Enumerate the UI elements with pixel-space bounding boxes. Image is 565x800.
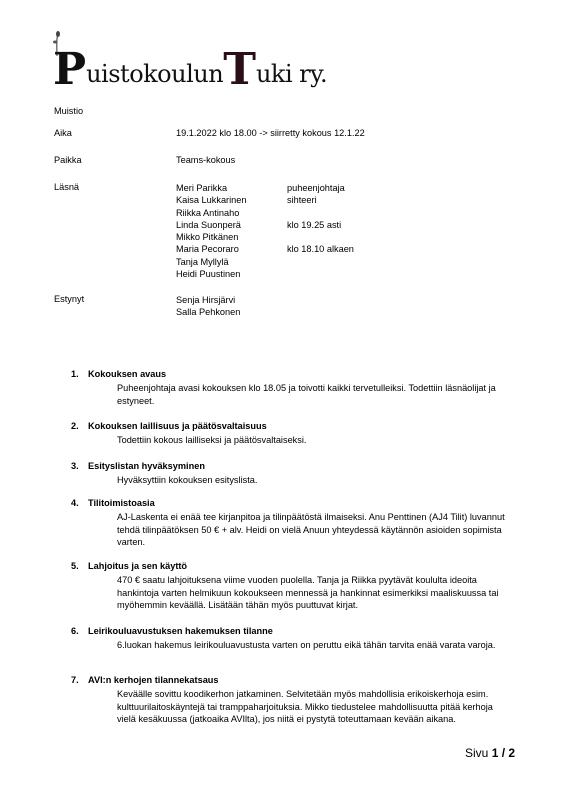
page-separator: / — [502, 746, 505, 760]
absent-label: Estynyt — [54, 294, 84, 304]
agenda-item-body: 470 € saatu lahjoituksena viime vuoden p… — [117, 574, 511, 612]
attendee-name: Heidi Puustinen — [176, 268, 246, 280]
page-number: Sivu 1 / 2 — [465, 746, 515, 760]
attendee-name: Meri Parikka — [176, 182, 246, 194]
attendee-role — [287, 256, 354, 268]
agenda-item-number: 4. — [71, 498, 79, 508]
agenda-item-body: Todettiin kokous lailliseksi ja päätösva… — [117, 434, 511, 447]
agenda-item-number: 6. — [71, 626, 79, 636]
attendee-name: Riikka Antinaho — [176, 207, 246, 219]
present-label: Läsnä — [54, 182, 79, 192]
agenda-item-number: 1. — [71, 369, 79, 379]
agenda-item-title: Kokouksen laillisuus ja päätösvaltaisuus — [88, 421, 267, 431]
agenda-item-title: Lahjoitus ja sen käyttö — [88, 561, 187, 571]
attendee-name: Maria Pecoraro — [176, 243, 246, 255]
attendee-role: puheenjohtaja — [287, 182, 354, 194]
agenda-item-number: 7. — [71, 675, 79, 685]
attendee-roles: puheenjohtajasihteeri klo 19.25 asti klo… — [287, 182, 354, 280]
logo-initial-p: P — [53, 48, 86, 92]
agenda-item-number: 2. — [71, 421, 79, 431]
logo-text-1: uistokoulun — [86, 60, 223, 88]
time-value: 19.1.2022 klo 18.00 -> siirretty kokous … — [176, 128, 365, 138]
logo-initial-t: T — [223, 48, 256, 92]
agenda-item-title: AVI:n kerhojen tilannekatsaus — [88, 675, 219, 685]
agenda-item-body: AJ-Laskenta ei enää tee kirjanpitoa ja t… — [117, 511, 511, 549]
absentee-name: Salla Pehkonen — [176, 306, 240, 318]
agenda-item-title: Tilitoimistoasia — [88, 498, 155, 508]
attendee-role: klo 19.25 asti — [287, 219, 354, 231]
page-current: 1 — [492, 746, 499, 760]
agenda-item-number: 3. — [71, 461, 79, 471]
place-label: Paikka — [54, 155, 82, 165]
attendee-role — [287, 268, 354, 280]
page-total: 2 — [508, 746, 515, 760]
document-type: Muistio — [54, 106, 83, 116]
agenda-item-title: Esityslistan hyväksyminen — [88, 461, 205, 471]
attendee-name: Linda Suonperä — [176, 219, 246, 231]
logo-text-2: uki — [256, 60, 292, 88]
time-label: Aika — [54, 128, 72, 138]
agenda-item-body: Hyväksyttiin kokouksen esityslista. — [117, 474, 511, 487]
agenda-item-body: Puheenjohtaja avasi kokouksen klo 18.05 … — [117, 382, 511, 407]
agenda-item-title: Leirikouluavustuksen hakemuksen tilanne — [88, 626, 273, 636]
attendee-name: Kaisa Lukkarinen — [176, 194, 246, 206]
logo-suffix: ry. — [299, 60, 327, 88]
place-value: Teams-kokous — [176, 155, 235, 165]
attendee-name: Mikko Pitkänen — [176, 231, 246, 243]
absentee-name: Senja Hirsjärvi — [176, 294, 240, 306]
attendee-names: Meri ParikkaKaisa LukkarinenRiikka Antin… — [176, 182, 246, 280]
absentee-names: Senja HirsjärviSalla Pehkonen — [176, 294, 240, 319]
agenda-item-number: 5. — [71, 561, 79, 571]
agenda-item-body: Keväälle sovittu koodikerhon jatkaminen.… — [117, 688, 511, 726]
agenda-item-title: Kokouksen avaus — [88, 369, 166, 379]
attendee-name: Tanja Myllylä — [176, 256, 246, 268]
attendee-role — [287, 207, 354, 219]
page-prefix: Sivu — [465, 746, 488, 760]
attendee-role — [287, 231, 354, 243]
attendee-role: sihteeri — [287, 194, 354, 206]
organization-logo: P uistokoulun T uki ry. — [53, 40, 327, 92]
agenda-item-body: 6.luokan hakemus leirikouluavustusta var… — [117, 639, 511, 652]
attendee-role: klo 18.10 alkaen — [287, 243, 354, 255]
